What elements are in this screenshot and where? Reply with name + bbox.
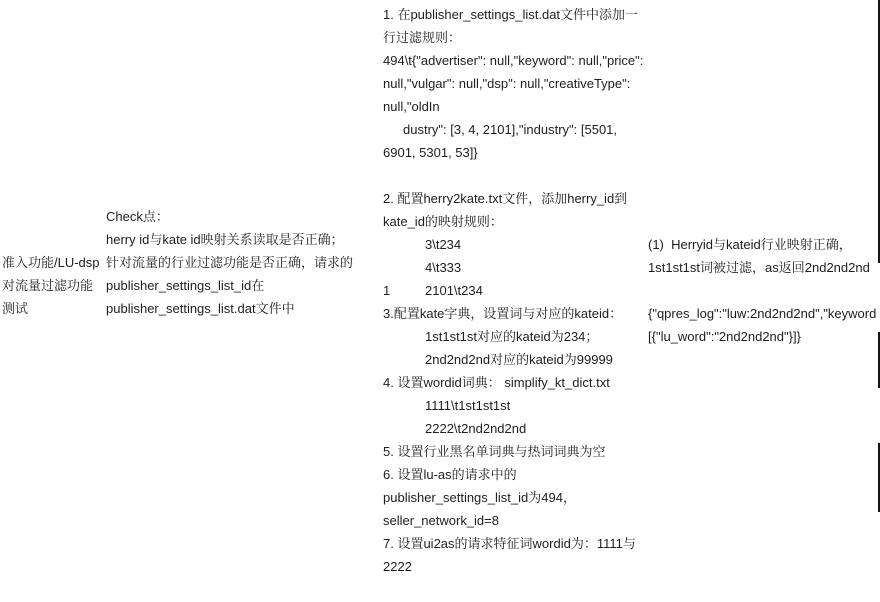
text-line: 6901, 5301, 53]} (383, 141, 643, 164)
text-line: 4\t333 (383, 256, 643, 279)
text-line: 2222 (383, 555, 643, 578)
text-line: 3.配置kate字典，设置词与对应的kateid： (383, 302, 643, 325)
text-line: dustry": [3, 4, 2101],"industry": [5501, (383, 118, 643, 141)
text-line (648, 279, 880, 302)
column-expected-results: (1) Herryid与kateid行业映射正确，1st1st1st词被过滤，a… (648, 233, 880, 348)
column-function-under-test: 准入功能/LU-dsp对流量过滤功能测试 (2, 251, 100, 320)
text-line: 1111\t1st1st1st (383, 394, 643, 417)
text-line: 494\t{"advertiser": null,"keyword": null… (383, 49, 643, 72)
text-line: 2101\t234 (383, 279, 643, 302)
text-line: 6. 设置lu-as的请求中的 (383, 463, 643, 486)
text-line: [{"lu_word":"2nd2nd2nd"}]} (648, 325, 880, 348)
text-line: {"qpres_log":"luw:2nd2nd2nd","keyword (648, 302, 880, 325)
text-line: kate_id的映射规则： (383, 210, 643, 233)
text-line: 7. 设置ui2as的请求特征词wordid为：1111与 (383, 532, 643, 555)
text-line: 2nd2nd2nd对应的kateid为99999 (383, 348, 643, 371)
text-line: 行过滤规则： (383, 26, 643, 49)
test-case-document: { "document": { "background": "#ffffff",… (0, 0, 880, 602)
text-line (383, 164, 643, 187)
text-line: 1st1st1st词被过滤，as返回2nd2nd2nd (648, 256, 880, 279)
text-line: 对流量过滤功能 (2, 274, 100, 297)
column-check-points: Check点：herry id与kate id映射关系读取是否正确；针对流量的行… (106, 205, 353, 320)
column-test-steps: 1. 在publisher_settings_list.dat文件中添加一行过滤… (383, 3, 643, 578)
text-line: herry id与kate id映射关系读取是否正确； (106, 228, 353, 251)
text-line: null,"oldIn (383, 95, 643, 118)
text-line: Check点： (106, 205, 353, 228)
text-line: 3\t234 (383, 233, 643, 256)
text-line: publisher_settings_list.dat文件中 (106, 297, 353, 320)
text-line: 针对流量的行业过滤功能是否正确，请求的 (106, 251, 353, 274)
text-line: seller_network_id=8 (383, 509, 643, 532)
text-line: 5. 设置行业黑名单词典与热词词典为空 (383, 440, 643, 463)
text-line: 1. 在publisher_settings_list.dat文件中添加一 (383, 3, 643, 26)
text-line: 准入功能/LU-dsp (2, 251, 100, 274)
text-line: publisher_settings_list_id为494， (383, 486, 643, 509)
text-line: 4. 设置wordid词典： simplify_kt_dict.txt (383, 371, 643, 394)
text-line: publisher_settings_list_id在 (106, 274, 353, 297)
text-line: 2. 配置herry2kate.txt文件，添加herry_id到 (383, 187, 643, 210)
text-line: 2222\t2nd2nd2nd (383, 417, 643, 440)
text-line: 测试 (2, 297, 100, 320)
text-line: 1st1st1st对应的kateid为234； (383, 325, 643, 348)
text-line: null,"vulgar": null,"dsp": null,"creativ… (383, 72, 643, 95)
text-line: (1) Herryid与kateid行业映射正确， (648, 233, 880, 256)
